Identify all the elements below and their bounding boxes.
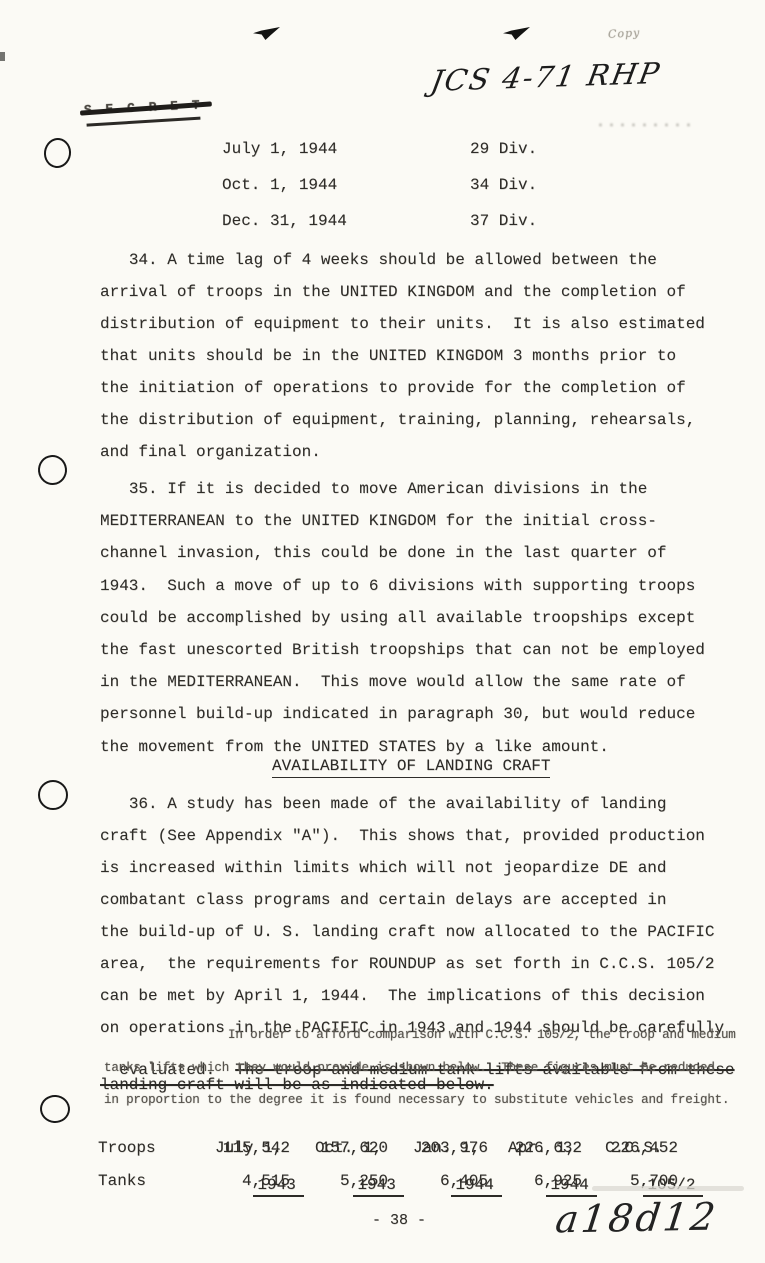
paragraph-36: 36. A study has been made of the availab…	[100, 788, 748, 1044]
punch-hole-1	[42, 136, 73, 169]
paragraph-35: 35. If it is decided to move American di…	[100, 473, 748, 763]
schedule-date: Oct. 1, 1944	[222, 176, 337, 194]
table-cell: 203,976	[406, 1139, 488, 1157]
table-cell: 4,515	[208, 1172, 290, 1190]
ink-arrow-mark-left	[253, 27, 280, 40]
inserted-correction-line-1: In order to afford comparison with C.C.S…	[228, 1028, 736, 1042]
scan-smudge	[592, 1186, 744, 1191]
row-label: Troops	[98, 1139, 156, 1157]
scan-edge-mark	[0, 52, 5, 61]
table-column-header: Oct. 1, 1943	[315, 1103, 404, 1215]
ink-arrow-mark-right	[503, 27, 530, 40]
copy-note: Copy	[608, 26, 641, 41]
schedule-divisions: 34 Div.	[470, 176, 537, 194]
table-cell: 226,452	[596, 1139, 678, 1157]
table-cell: 5,250	[306, 1172, 388, 1190]
scanned-document-page: { "page": { "classification_stamp": "S E…	[0, 0, 765, 1263]
struck-text-2: landing craft will be as indicated below…	[100, 1076, 494, 1094]
punch-hole-4	[39, 1094, 71, 1124]
stamp-underline	[87, 117, 201, 126]
handwritten-jcs-number: JCS 4-71 RHP	[428, 56, 663, 98]
classification-stamp: S E C R E T	[84, 95, 209, 124]
faded-scribble: .........	[596, 114, 695, 131]
punch-hole-3	[38, 780, 68, 810]
table-cell: 6,925	[500, 1172, 582, 1190]
paragraph-34: 34. A time lag of 4 weeks should be allo…	[100, 244, 748, 468]
table-cell: 226,632	[500, 1139, 582, 1157]
section-heading: AVAILABILITY OF LANDING CRAFT	[272, 757, 550, 778]
schedule-divisions: 29 Div.	[470, 140, 537, 158]
punch-hole-2	[37, 454, 69, 487]
schedule-divisions: 37 Div.	[470, 212, 537, 230]
table-column-header: Jan. 1, 1944	[413, 1103, 502, 1215]
schedule-date: Dec. 31, 1944	[222, 212, 347, 230]
table-cell: 6,405	[406, 1172, 488, 1190]
page-number: - 38 -	[372, 1212, 426, 1229]
schedule-date: July 1, 1944	[222, 140, 337, 158]
handwritten-archive-code: a18d12	[553, 1195, 720, 1242]
row-label: Tanks	[98, 1172, 146, 1190]
table-column-header: July 1, 1943	[215, 1103, 304, 1215]
table-cell: 115,542	[208, 1139, 290, 1157]
inserted-correction-line-2: tanks lifts which they would provide is …	[104, 1061, 715, 1075]
table-cell: 157,620	[306, 1139, 388, 1157]
